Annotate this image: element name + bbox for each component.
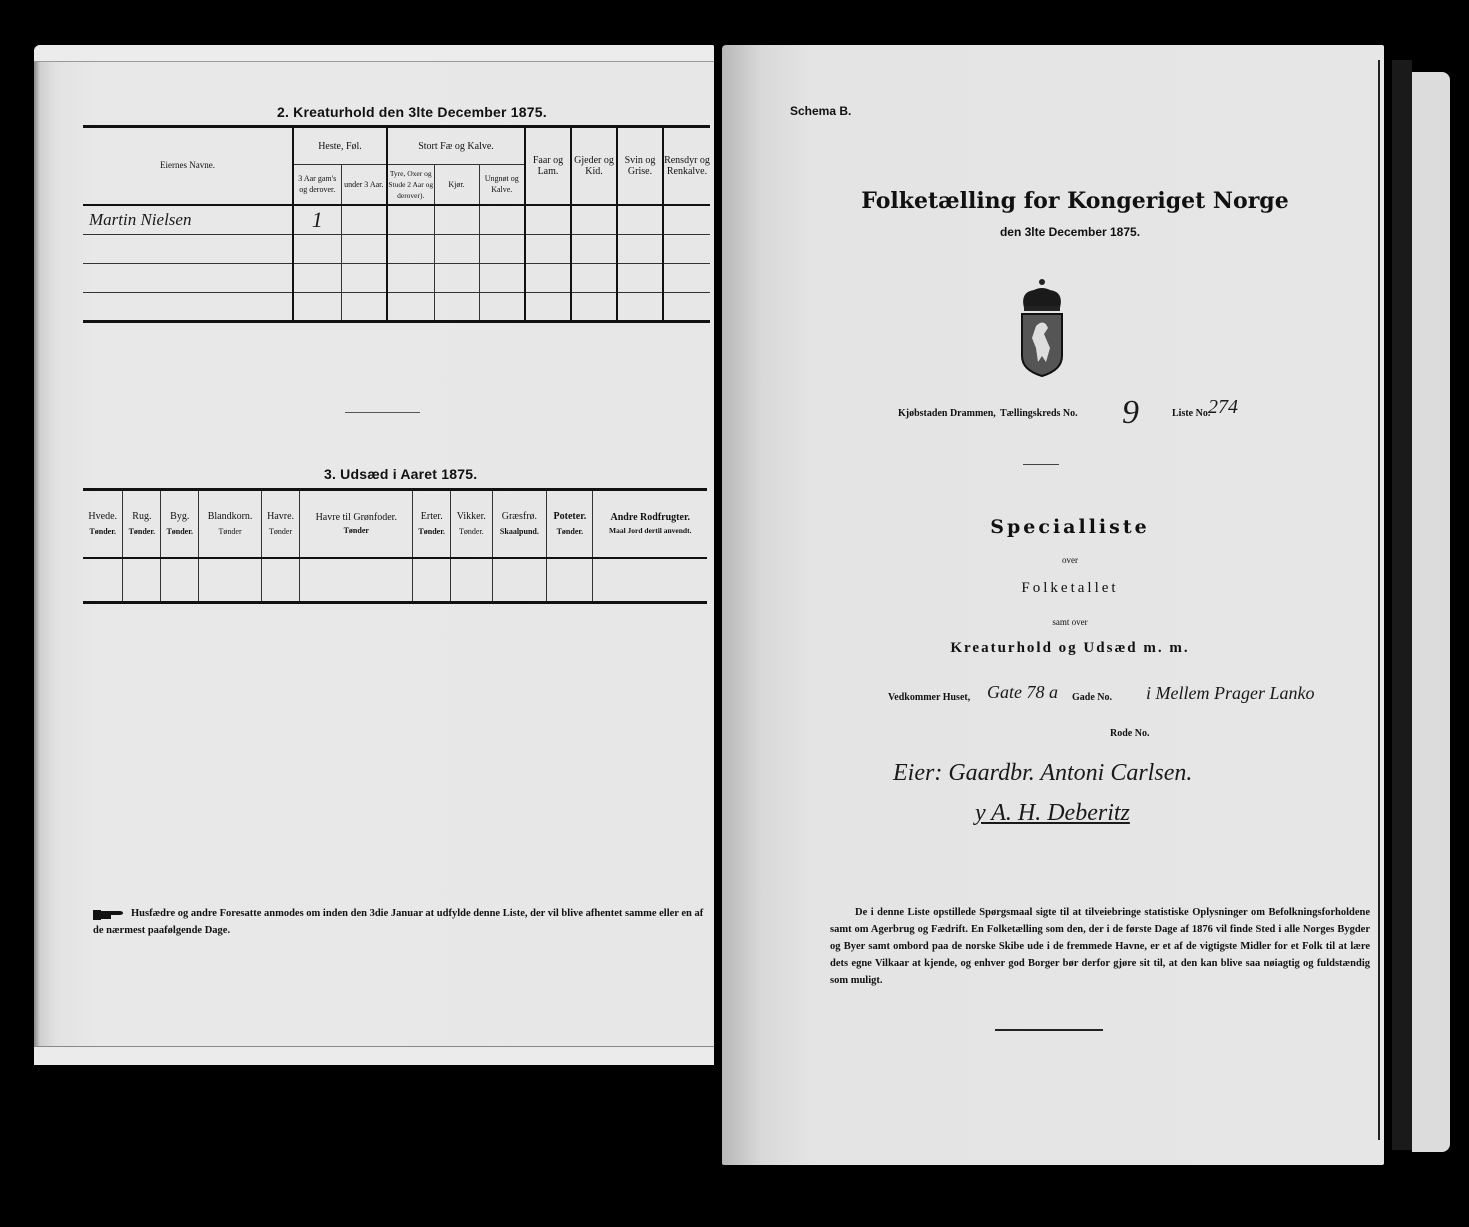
header-bulls: Tyre, Oxer og Stude 2 Aar og derover). [387, 165, 434, 205]
pigs-cell [617, 205, 663, 235]
crop-col-7: Vikker.Tønder. [451, 490, 492, 558]
cows-cell [434, 264, 479, 293]
owner-cell [83, 264, 293, 293]
separator-rule [345, 412, 420, 413]
horses-under3-cell [341, 205, 387, 235]
crop-col-1: Rug.Tønder. [123, 490, 161, 558]
page-fold-bottom [34, 1046, 714, 1065]
table-row: Martin Nielsen 1 [83, 205, 710, 235]
table-row [83, 293, 710, 322]
list-label: Liste No. [1172, 408, 1210, 419]
crop-col-9: Poteter.Tønder. [547, 490, 593, 558]
notice-text: Husfædre og andre Foresatte anmodes om i… [93, 905, 713, 939]
crop-value [547, 558, 593, 603]
pigs-cell [617, 264, 663, 293]
header-horses-3plus: 3 Aar gam's og derover. [293, 165, 341, 205]
reindeer-cell [663, 205, 710, 235]
owner-line-2: y A. H. Deberitz [975, 800, 1130, 827]
header-sheep: Faar og Lam. [525, 127, 571, 205]
livestock-table: Eiernes Navne. Heste, Føl. Stort Fæ og K… [83, 125, 710, 323]
closing-rule [995, 1029, 1103, 1031]
table-row [83, 235, 710, 264]
cows-cell [434, 205, 479, 235]
header-goats: Gjeder og Kid. [571, 127, 617, 205]
document-date: den 3lte December 1875. [920, 225, 1220, 239]
reindeer-cell [663, 293, 710, 322]
header-horses-under3: under 3 Aar. [341, 165, 387, 205]
back-page-edge [1412, 72, 1450, 1152]
folketallet-label: Folketallet [940, 580, 1200, 597]
crop-col-6: Erter.Tønder. [413, 490, 451, 558]
schema-label: Schema B. [790, 104, 851, 118]
page-edge-line [1378, 60, 1380, 1140]
pointing-hand-icon [93, 908, 123, 920]
crop-col-8: Græsfrø.Skaalpund. [492, 490, 547, 558]
sheep-cell [525, 205, 571, 235]
young-cell [479, 205, 525, 235]
horses-3plus-cell [293, 293, 341, 322]
house-label: Vedkommer Huset, [888, 692, 970, 703]
horses-3plus-cell [293, 235, 341, 264]
header-cattle: Stort Fæ og Kalve. [387, 127, 525, 165]
kreaturhold-label: Kreaturhold og Udsæd m. m. [840, 640, 1300, 657]
over-label: over [980, 555, 1160, 565]
young-cell [479, 235, 525, 264]
horses-under3-cell [341, 235, 387, 264]
goats-cell [571, 235, 617, 264]
cows-cell [434, 293, 479, 322]
bulls-cell [387, 293, 434, 322]
reindeer-cell [663, 235, 710, 264]
owner-cell [83, 293, 293, 322]
info-paragraph: De i denne Liste opstillede Spørgsmaal s… [830, 904, 1370, 989]
goats-cell [571, 293, 617, 322]
rode-label: Rode No. [1110, 728, 1149, 739]
street-label: Gade No. [1072, 692, 1112, 703]
specialliste-heading: Specialliste [880, 516, 1260, 538]
horses-under3-cell [341, 264, 387, 293]
header-reindeer: Rensdyr og Renkalve. [663, 127, 710, 205]
list-number: 274 [1208, 396, 1238, 419]
samt-over-label: samt over [980, 617, 1160, 627]
pigs-cell [617, 235, 663, 264]
crop-value [83, 558, 123, 603]
crop-value [492, 558, 547, 603]
crop-value [161, 558, 199, 603]
header-owner: Eiernes Navne. [83, 127, 293, 205]
sheep-cell [525, 235, 571, 264]
table-row [83, 264, 710, 293]
crop-col-4: Havre.Tønder [261, 490, 299, 558]
header-horses: Heste, Føl. [293, 127, 387, 165]
owner-cell: Martin Nielsen [83, 205, 293, 235]
goats-cell [571, 205, 617, 235]
separator-rule [1023, 464, 1059, 465]
crop-col-10: Andre Rodfrugter.Maal Jord dertil anvend… [593, 490, 707, 558]
crop-col-3: Blandkorn.Tønder [199, 490, 262, 558]
crop-value [123, 558, 161, 603]
town-label: Kjøbstaden Drammen, [898, 408, 996, 419]
owner-line-1: Eier: Gaardbr. Antoni Carlsen. [893, 760, 1192, 787]
section3-title: 3. Udsæd i Aaret 1875. [324, 466, 477, 482]
sheep-cell [525, 293, 571, 322]
crop-value [261, 558, 299, 603]
young-cell [479, 293, 525, 322]
header-young: Ungnøt og Kalve. [479, 165, 525, 205]
horses-under3-cell [341, 293, 387, 322]
sowing-table: Hvede.Tønder. Rug.Tønder. Byg.Tønder. Bl… [83, 488, 707, 604]
goats-cell [571, 264, 617, 293]
district-number: 9 [1122, 394, 1139, 432]
crop-value [593, 558, 707, 603]
crop-col-0: Hvede.Tønder. [83, 490, 123, 558]
owner-cell [83, 235, 293, 264]
horses-3plus-cell: 1 [293, 205, 341, 235]
pigs-cell [617, 293, 663, 322]
crop-col-5: Havre til Grønfoder.Tønder [300, 490, 413, 558]
house-value: Gate 78 a [987, 682, 1058, 703]
bulls-cell [387, 205, 434, 235]
page-fold-top [34, 45, 714, 62]
young-cell [479, 264, 525, 293]
crop-value [413, 558, 451, 603]
street-value: i Mellem Prager Lanko [1146, 682, 1376, 704]
notice-label: Husfædre og andre Foresatte anmodes om i… [93, 908, 703, 936]
cows-cell [434, 235, 479, 264]
coat-of-arms-icon [1014, 278, 1070, 378]
sheep-cell [525, 264, 571, 293]
section2-title: 2. Kreaturhold den 3lte December 1875. [277, 104, 547, 120]
crop-value [199, 558, 262, 603]
header-cows: Kjør. [434, 165, 479, 205]
reindeer-cell [663, 264, 710, 293]
district-label: Tællingskreds No. [1000, 408, 1078, 419]
document-title: Folketælling for Kongeriget Norge [820, 188, 1330, 214]
bulls-cell [387, 235, 434, 264]
table-row [83, 558, 707, 603]
crop-col-2: Byg.Tønder. [161, 490, 199, 558]
header-pigs: Svin og Grise. [617, 127, 663, 205]
crop-value [451, 558, 492, 603]
horses-3plus-cell [293, 264, 341, 293]
binding-shadow [1392, 60, 1412, 1150]
bulls-cell [387, 264, 434, 293]
crop-value [300, 558, 413, 603]
